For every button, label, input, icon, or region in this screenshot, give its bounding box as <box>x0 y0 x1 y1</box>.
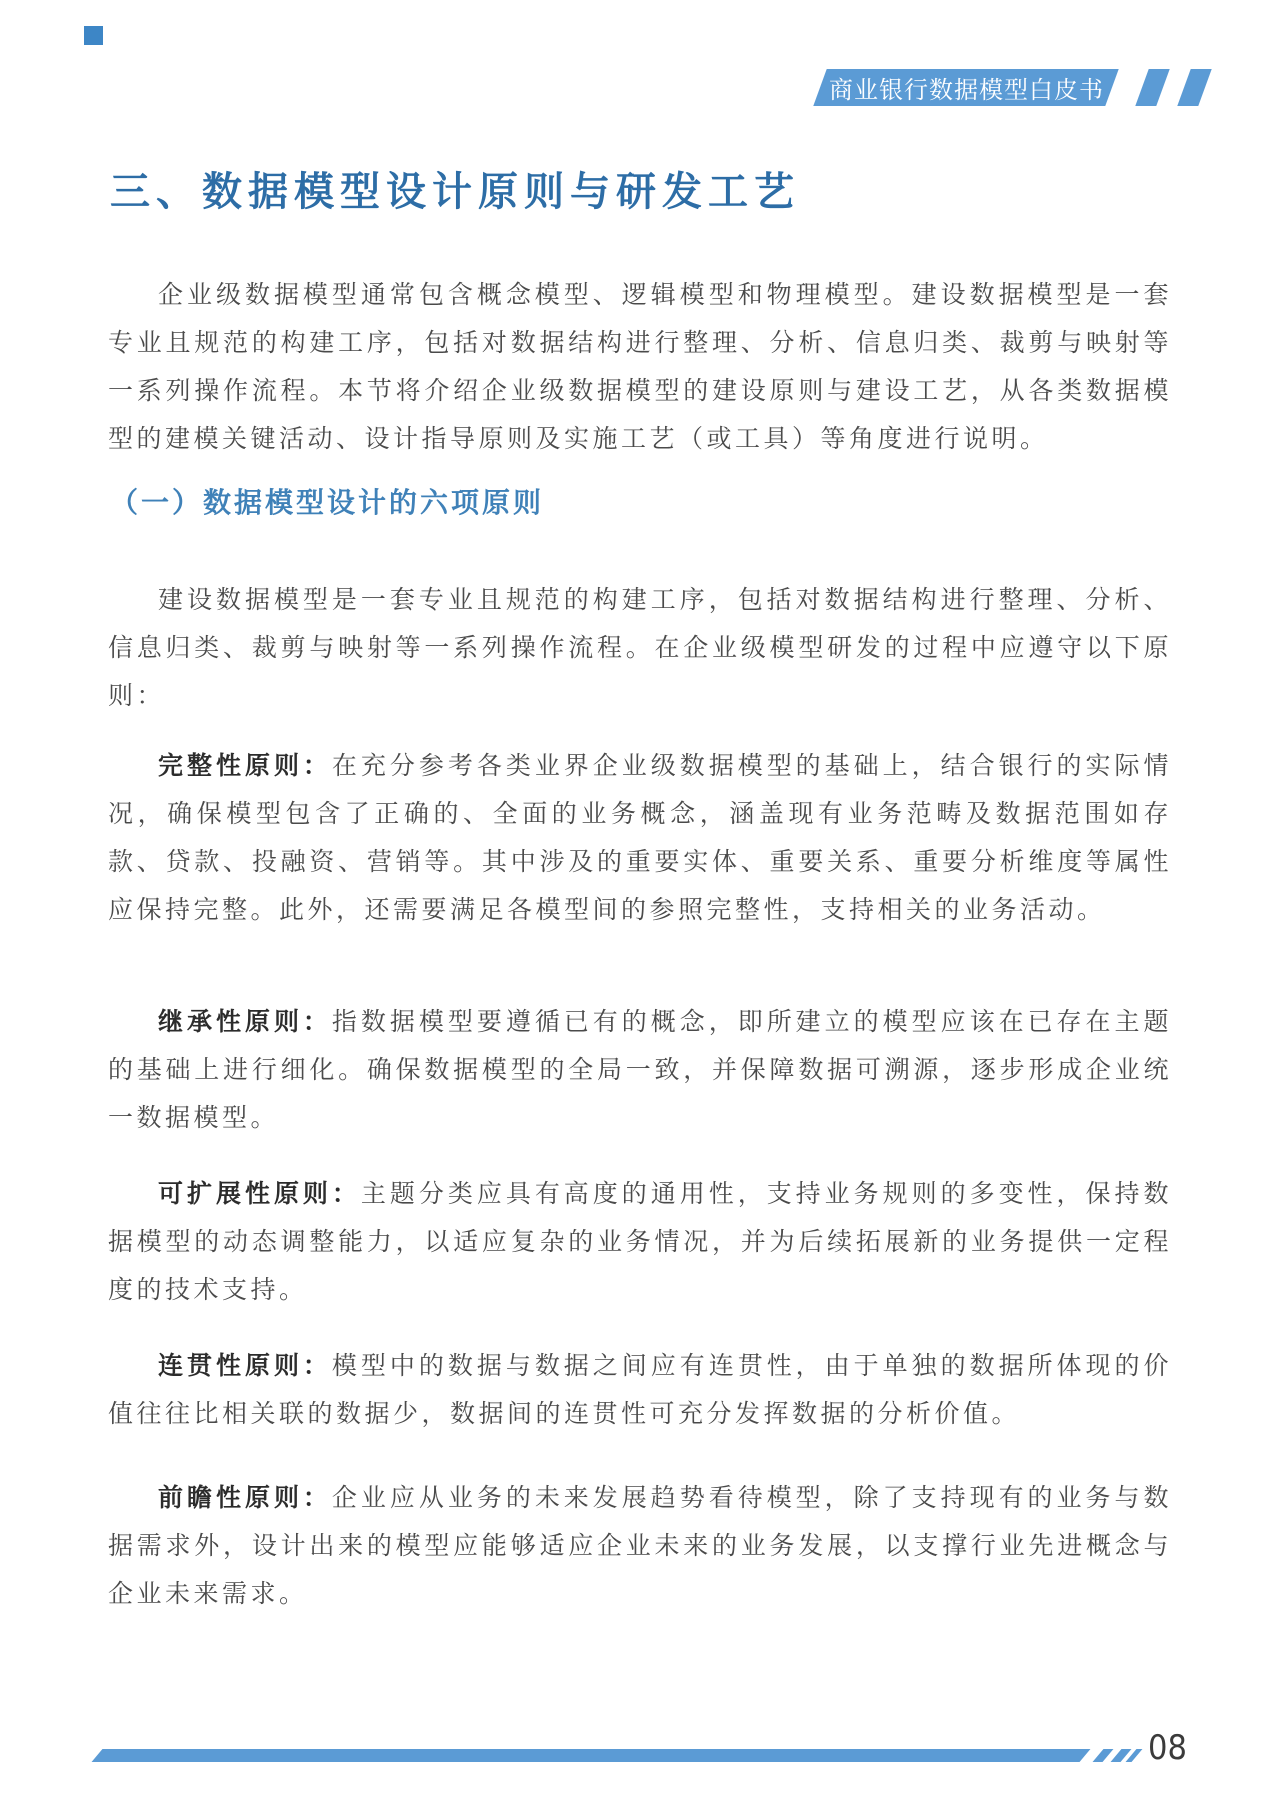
principle-paragraph-foresight: 前瞻性原则：企业应从业务的未来发展趋势看待模型，除了支持现有的业务与数据需求外，… <box>108 1474 1172 1618</box>
footer-rule <box>92 1749 1091 1762</box>
principle-paragraph-inheritance: 继承性原则：指数据模型要遵循已有的概念，即所建立的模型应该在已存在主题的基础上进… <box>108 998 1172 1142</box>
header-banner-title: 商业银行数据模型白皮书 <box>829 70 1104 105</box>
principle-paragraph-extensibility: 可扩展性原则：主题分类应具有高度的通用性，支持业务规则的多变性，保持数据模型的动… <box>108 1170 1172 1314</box>
corner-accent-square <box>84 26 103 45</box>
principle-term: 继承性原则： <box>158 1008 332 1036</box>
chapter-title: 三、数据模型设计原则与研发工艺 <box>110 166 800 218</box>
footer-slash-decoration <box>1093 1749 1114 1762</box>
principle-paragraph-completeness: 完整性原则：在充分参考各类业界企业级数据模型的基础上，结合银行的实际情况，确保模… <box>108 742 1172 934</box>
principle-term: 可扩展性原则： <box>158 1180 361 1208</box>
principle-term: 前瞻性原则： <box>158 1484 332 1512</box>
principle-term: 连贯性原则： <box>158 1352 332 1380</box>
header-banner: 商业银行数据模型白皮书 <box>813 69 1118 106</box>
header-slash-decoration <box>1135 69 1169 106</box>
principle-paragraph-coherence: 连贯性原则：模型中的数据与数据之间应有连贯性，由于单独的数据所体现的价值往往比相… <box>108 1342 1172 1438</box>
principle-term: 完整性原则： <box>158 752 332 780</box>
document-page: 商业银行数据模型白皮书 三、数据模型设计原则与研发工艺 企业级数据模型通常包含概… <box>0 0 1280 1810</box>
intro-paragraph: 企业级数据模型通常包含概念模型、逻辑模型和物理模型。建设数据模型是一套专业且规范… <box>108 271 1172 463</box>
header-slash-decoration <box>1177 69 1211 106</box>
section-intro-paragraph: 建设数据模型是一套专业且规范的构建工序，包括对数据结构进行整理、分析、信息归类、… <box>108 576 1172 720</box>
section-heading: （一）数据模型设计的六项原则 <box>110 482 544 524</box>
page-number: 08 <box>1148 1728 1187 1768</box>
